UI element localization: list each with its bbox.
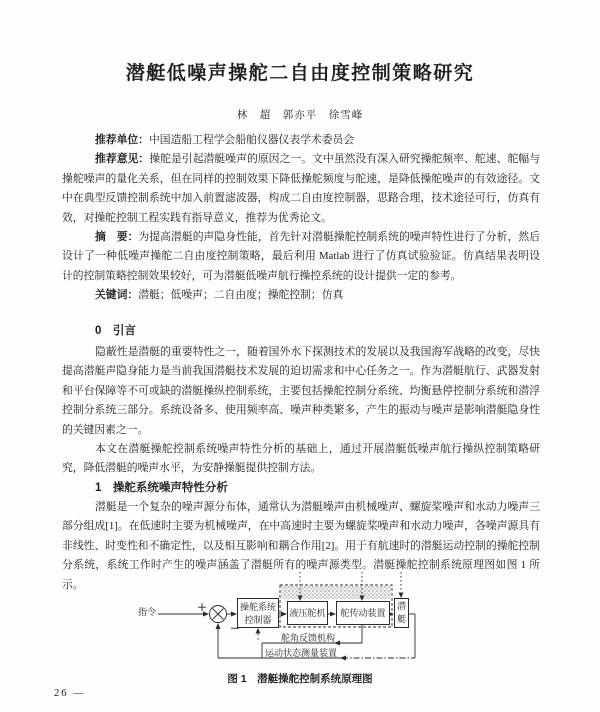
submarine-box: 潜艇 <box>394 598 409 628</box>
abstract-paragraph: 摘 要：为提高潜艇的声隐身性能，首先针对潜艇操舵控制系统的噪声特性进行了分析，然… <box>62 228 540 286</box>
front-matter: 推荐单位：中国造船工程学会船舶仪器仪表学术委员会 推荐意见：操舵是引起潜艇噪声的… <box>62 131 540 306</box>
plus-sign: ＋ <box>197 599 207 614</box>
figure-1-block-diagram: 指令 ＋ － 操舵系统 控制器 液压舵机 舵传动装置 潜艇 舵角反馈机构 运动状… <box>0 570 600 672</box>
introduction-section: 隐蔽性是潜艇的重要特性之一，随着国外水下探测技术的发展以及我国海军战略的改变，尽… <box>62 343 540 479</box>
section-heading-noise-analysis: 1 操舵系统噪声特性分析 <box>62 479 540 498</box>
figure-caption: 图 1 潜艇操舵控制系统原理图 <box>0 671 600 686</box>
motion-state-measurement-label: 运动状态测量装置 <box>262 648 340 658</box>
abstract-label: 摘 要： <box>95 231 138 243</box>
steering-controller-line1: 操舵系统 <box>238 601 278 614</box>
paper-authors: 林 超 郭亦平 徐雪峰 <box>0 107 600 122</box>
rudder-transmission-box: 舵传动装置 <box>336 601 390 625</box>
introduction-paragraph-2: 本文在潜艇操舵控制系统噪声特性分析的基础上，通过开展潜艇低噪声航行操纵控制策略研… <box>62 440 540 479</box>
keywords-paragraph: 关键词：潜艇；低噪声；二自由度；操舵控制；仿真 <box>62 286 540 305</box>
recommending-unit-label: 推荐单位： <box>95 134 149 146</box>
section-heading-introduction: 0 引言 <box>62 322 540 341</box>
keywords-text: 潜艇；低噪声；二自由度；操舵控制；仿真 <box>138 289 343 301</box>
recommending-unit-paragraph: 推荐单位：中国造船工程学会船舶仪器仪表学术委员会 <box>62 131 540 150</box>
recommendation-label: 推荐意见： <box>95 153 149 165</box>
hydraulic-steering-gear-box: 液压舵机 <box>287 601 328 625</box>
steering-controller-box: 操舵系统 控制器 <box>237 598 279 628</box>
command-input-label: 指令 <box>138 607 156 617</box>
page-number: 26 — <box>54 688 86 699</box>
introduction-paragraph-1: 隐蔽性是潜艇的重要特性之一，随着国外水下探测技术的发展以及我国海军战略的改变，尽… <box>62 343 540 440</box>
recommending-unit-text: 中国造船工程学会船舶仪器仪表学术委员会 <box>149 134 354 146</box>
noise-band <box>281 586 391 599</box>
paper-title: 潜艇低噪声操舵二自由度控制策略研究 <box>0 58 600 85</box>
keywords-label: 关键词： <box>95 289 138 301</box>
rudder-angle-feedback-label: 舵角反馈机构 <box>280 633 336 643</box>
document-page: 潜艇低噪声操舵二自由度控制策略研究 林 超 郭亦平 徐雪峰 推荐单位：中国造船工… <box>0 0 600 712</box>
recommendation-paragraph: 推荐意见：操舵是引起潜艇噪声的原因之一。文中虽然没有深入研究操舵频率、舵速、舵幅… <box>62 150 540 228</box>
steering-controller-line2: 控制器 <box>238 614 278 627</box>
